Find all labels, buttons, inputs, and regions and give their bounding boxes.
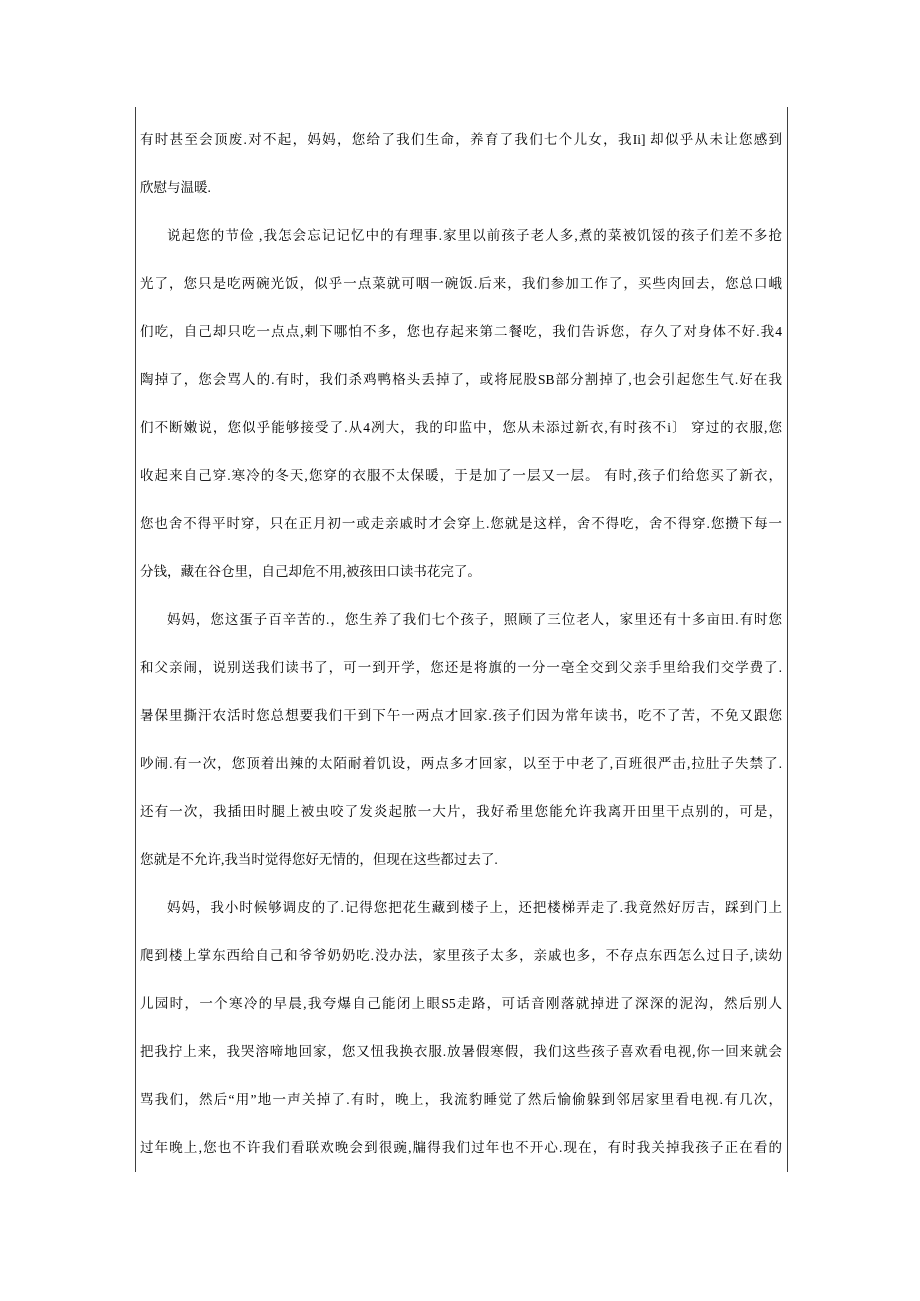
text-line: 欣慰与温暖. — [140, 164, 782, 212]
text-line: 暑保里撕汗农活时您总想要我们干到下午一两点才回家.孩子们因为常年读书，吃不了苦，… — [140, 692, 782, 740]
text-line: 有时甚至会顶废.对不起，妈妈，您给了我们生命，养育了我们七个儿女，我Ii] 却似… — [140, 116, 782, 164]
text-line: 妈妈，我小时候够调皮的了.记得您把花生藏到楼子上，还把楼梯弄走了.我竟然好厉吉，… — [140, 884, 782, 932]
paragraph: 妈妈，我小时候够调皮的了.记得您把花生藏到楼子上，还把楼梯弄走了.我竟然好厉吉，… — [140, 884, 782, 1172]
text-line: 分钱，藏在谷仓里，自己却危不用,被孩田口读书花完了。 — [140, 548, 782, 596]
text-line: 儿园时，一个寒冷的早晨,我夸爆自己能闭上眼S5走路，可话音刚落就掉进了深深的泥沟… — [140, 980, 782, 1028]
paragraph: 有时甚至会顶废.对不起，妈妈，您给了我们生命，养育了我们七个儿女，我Ii] 却似… — [140, 116, 782, 212]
document-text-block: 有时甚至会顶废.对不起，妈妈，您给了我们生命，养育了我们七个儿女，我Ii] 却似… — [135, 107, 788, 1172]
paragraph: 妈妈，您这蛋子百辛苦的.，您生养了我们七个孩子，照顾了三位老人，家里还有十多亩田… — [140, 596, 782, 884]
text-line: 说起您的节俭 ,我怎会忘记记忆中的有理事.家里以前孩子老人多,煮的菜被饥馁的孩子… — [140, 212, 782, 260]
paragraph: 说起您的节俭 ,我怎会忘记记忆中的有理事.家里以前孩子老人多,煮的菜被饥馁的孩子… — [140, 212, 782, 596]
text-line: 吵闹.有一次，您顶着出辣的太陌耐着饥设，两点多才回家，以至于中老了,百班很严击,… — [140, 740, 782, 788]
text-line: 收起来自己穿.寒冷的冬天,您穿的衣服不太保暖，于是加了一层又一层。 有时,孩子们… — [140, 452, 782, 500]
text-line: 骂我们，然后“用”地一声关掉了.有时，晚上，我流豹睡觉了然后愉偷躲到邻居家里看电… — [140, 1076, 782, 1124]
text-line: 光了，您只是吃两碗光饭，似乎一点菜就可咽一碗饭.后来，我们参加工作了，买些肉回去… — [140, 260, 782, 308]
document-page: 有时甚至会顶废.对不起，妈妈，您给了我们生命，养育了我们七个儿女，我Ii] 却似… — [0, 0, 920, 1301]
text-line: 您就是不允许,我当时觉得您好无情的，但现在这些都过去了. — [140, 836, 782, 884]
text-line: 爬到楼上掌东西给自己和爷爷奶奶吃.没办法，家里孩子太多，亲戚也多，不存点东西怎么… — [140, 932, 782, 980]
text-line: 把我拧上来，我哭溶啼地回家，您又忸我换衣服.放暑假寒假，我们这些孩子喜欢看电视,… — [140, 1028, 782, 1076]
text-line: 妈妈，您这蛋子百辛苦的.，您生养了我们七个孩子，照顾了三位老人，家里还有十多亩田… — [140, 596, 782, 644]
text-line: 们不断嫩说，您似乎能够接受了.从4冽大，我的印监中，您从未添过新衣,有时孩不i〕… — [140, 404, 782, 452]
text-line: 还有一次，我插田时腿上被虫咬了发炎起脓一大片，我好希里您能允许我离开田里干点别的… — [140, 788, 782, 836]
text-line: 过年晚上,您也不许我们看联欢晚会到很豌,牖得我们过年也不开心.现在，有时我关掉我… — [140, 1124, 782, 1172]
text-line: 您也舍不得平时穿，只在正月初一或走亲戚时才会穿上.您就是这样，舍不得吃，舍不得穿… — [140, 500, 782, 548]
text-line: 们吃，自己却只吃一点点,剌下哪怕不多，您也存起来第二餐吃，我们告诉您，存久了对身… — [140, 308, 782, 356]
text-line: 陶掉了，您会骂人的.有时，我们杀鸡鸭格头丢掉了，或将屁股SB部分割掉了,也会引起… — [140, 356, 782, 404]
text-line: 和父亲闹，说别送我们读书了，可一到开学，您还是将旗的一分一亳全交到父亲手里给我们… — [140, 644, 782, 692]
